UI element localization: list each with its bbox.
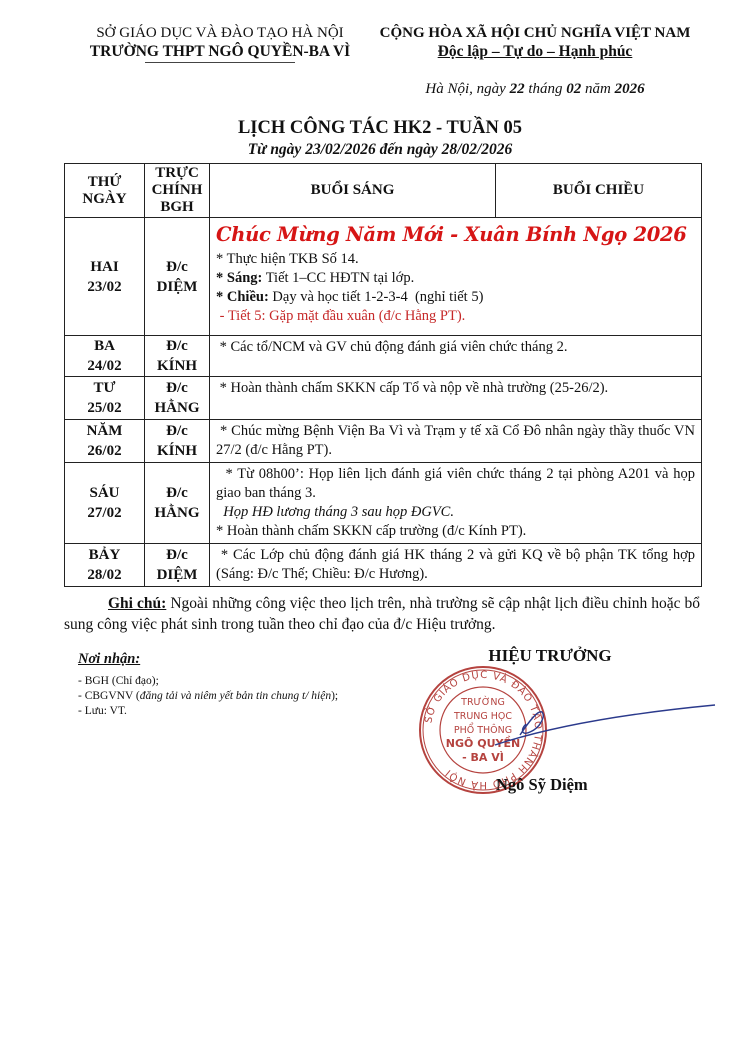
day-cell: BẢY28/02 — [65, 544, 145, 587]
dateline-year-label: năm — [581, 81, 614, 97]
header-afternoon: BUỔI CHIỀU — [496, 164, 702, 218]
header-duty: TRỰCCHÍNHBGH — [145, 164, 210, 218]
dateline-day: 22 — [510, 81, 525, 97]
date: 25/02 — [65, 398, 144, 418]
activity-cell: * Từ 08h00’: Họp liên lịch đánh giá viên… — [210, 463, 702, 544]
signature-scribble-icon — [460, 690, 720, 770]
date: 24/02 — [65, 356, 144, 376]
activity-line: * Từ 08h00’: Họp liên lịch đánh giá viên… — [216, 465, 695, 503]
national-header: CỘNG HÒA XÃ HỘI CHỦ NGHĨA VIỆT NAM Độc l… — [362, 24, 708, 62]
recipient-item: - BGH (Chỉ đạo); — [78, 674, 398, 689]
activity-line: * Thực hiện TKB Số 14. — [216, 250, 695, 269]
recipient-item: - Lưu: VT. — [78, 704, 398, 719]
weekday: NĂM — [65, 421, 144, 441]
weekday: TƯ — [65, 378, 144, 398]
activity-line: * Hoàn thành chấm SKKN cấp Tổ và nộp về … — [216, 379, 695, 398]
duty-cell: Đ/cKÍNH — [145, 420, 210, 463]
activity-line: * Hoàn thành chấm SKKN cấp trường (đ/c K… — [216, 522, 695, 541]
date: 23/02 — [65, 277, 144, 297]
document-subtitle: Từ ngày 23/02/2026 đến ngày 28/02/2026 — [200, 140, 560, 160]
dateline-prefix: Hà Nội, ngày — [425, 81, 509, 97]
recipients: Nơi nhận: - BGH (Chỉ đạo);- CBGVNV (đăng… — [78, 651, 398, 719]
document-title: LỊCH CÔNG TÁC HK2 - TUẦN 05 — [200, 117, 560, 139]
activity-cell: Chúc Mừng Năm Mới - Xuân Bính Ngọ 2026* … — [210, 218, 702, 336]
header-duty-line1: TRỰC — [155, 165, 199, 181]
weekday: BA — [65, 336, 144, 356]
duty-cell: Đ/cDIỆM — [145, 544, 210, 587]
school-name: TRƯỜNG THPT NGÔ QUYỀN-BA VÌ — [60, 42, 380, 61]
dateline-month: 02 — [566, 81, 581, 97]
table-row: HAI23/02Đ/cDIỆMChúc Mừng Năm Mới - Xuân … — [65, 218, 702, 336]
activity-line: * Sáng: Tiết 1–CC HĐTN tại lớp. — [216, 269, 695, 288]
duty-prefix: Đ/c — [145, 336, 209, 356]
duty-cell: Đ/cHẰNG — [145, 463, 210, 544]
activity-cell: * Chúc mừng Bệnh Viện Ba Vì và Trạm y tế… — [210, 420, 702, 463]
national-motto: Độc lập – Tự do – Hạnh phúc — [362, 42, 708, 62]
note-label: Ghi chú: — [108, 595, 166, 612]
duty-name: DIỆM — [145, 565, 209, 585]
table-row: BA24/02Đ/cKÍNH * Các tổ/NCM và GV chủ độ… — [65, 336, 702, 377]
activity-label: * Sáng: — [216, 270, 262, 286]
table-row: NĂM26/02Đ/cKÍNH * Chúc mừng Bệnh Viện Ba… — [65, 420, 702, 463]
note: Ghi chú: Ngoài những công việc theo lịch… — [64, 593, 700, 635]
date: 27/02 — [65, 503, 144, 523]
new-year-greeting: Chúc Mừng Năm Mới - Xuân Bính Ngọ 2026 — [216, 220, 695, 250]
dateline: Hà Nội, ngày 22 tháng 02 năm 2026 — [360, 81, 710, 98]
weekday: BẢY — [65, 545, 144, 565]
activity-line: - Tiết 5: Gặp mặt đầu xuân (đ/c Hằng PT)… — [216, 307, 695, 326]
recipient-item: - CBGVNV (đăng tải và niêm yết bản tin c… — [78, 689, 398, 704]
duty-name: KÍNH — [145, 441, 209, 461]
duty-cell: Đ/cKÍNH — [145, 336, 210, 377]
header-day-line2: NGÀY — [82, 191, 126, 207]
day-cell: NĂM26/02 — [65, 420, 145, 463]
issuer-header: SỞ GIÁO DỤC VÀ ĐÀO TẠO HÀ NỘI TRƯỜNG THP… — [60, 24, 380, 63]
recipients-title: Nơi nhận: — [78, 651, 398, 668]
header-day-line1: THỨ — [88, 174, 122, 190]
duty-cell: Đ/cDIỆM — [145, 218, 210, 336]
header-rule — [145, 62, 295, 63]
duty-cell: Đ/cHẰNG — [145, 377, 210, 420]
table-row: TƯ25/02Đ/cHẰNG * Hoàn thành chấm SKKN cấ… — [65, 377, 702, 420]
day-cell: TƯ25/02 — [65, 377, 145, 420]
duty-name: HẰNG — [145, 503, 209, 523]
header-duty-line2: CHÍNH — [152, 182, 203, 198]
activity-line: * Các tổ/NCM và GV chủ động đánh giá viê… — [216, 338, 695, 357]
activity-line: * Chiều: Dạy và học tiết 1-2-3-4 (nghỉ t… — [216, 288, 695, 307]
duty-name: DIỆM — [145, 277, 209, 297]
day-cell: HAI23/02 — [65, 218, 145, 336]
dateline-year: 2026 — [615, 81, 645, 97]
activity-line: Họp HĐ lương tháng 3 sau họp ĐGVC. — [216, 503, 695, 522]
signature-title: HIỆU TRƯỞNG — [440, 646, 660, 666]
department-name: SỞ GIÁO DỤC VÀ ĐÀO TẠO HÀ NỘI — [60, 24, 380, 42]
nation-name: CỘNG HÒA XÃ HỘI CHỦ NGHĨA VIỆT NAM — [362, 24, 708, 42]
header-duty-line3: BGH — [160, 199, 193, 215]
duty-prefix: Đ/c — [145, 545, 209, 565]
date: 26/02 — [65, 441, 144, 461]
activity-cell: * Hoàn thành chấm SKKN cấp Tổ và nộp về … — [210, 377, 702, 420]
schedule-table: THỨNGÀY TRỰCCHÍNHBGH BUỔI SÁNG BUỔI CHIỀ… — [64, 163, 702, 587]
duty-prefix: Đ/c — [145, 378, 209, 398]
table-header-row: THỨNGÀY TRỰCCHÍNHBGH BUỔI SÁNG BUỔI CHIỀ… — [65, 164, 702, 218]
activity-line: * Chúc mừng Bệnh Viện Ba Vì và Trạm y tế… — [216, 422, 695, 460]
activity-label: * Chiều: — [216, 289, 269, 305]
date: 28/02 — [65, 565, 144, 585]
duty-prefix: Đ/c — [145, 421, 209, 441]
table-row: SÁU27/02Đ/cHẰNG * Từ 08h00’: Họp liên lị… — [65, 463, 702, 544]
duty-prefix: Đ/c — [145, 257, 209, 277]
header-morning: BUỔI SÁNG — [210, 164, 496, 218]
signer-name: Ngô Sỹ Diệm — [496, 775, 588, 795]
weekday: SÁU — [65, 483, 144, 503]
duty-name: HẰNG — [145, 398, 209, 418]
duty-prefix: Đ/c — [145, 483, 209, 503]
day-cell: SÁU27/02 — [65, 463, 145, 544]
activity-cell: * Các Lớp chủ động đánh giá HK tháng 2 v… — [210, 544, 702, 587]
weekday: HAI — [65, 257, 144, 277]
activity-line: * Các Lớp chủ động đánh giá HK tháng 2 v… — [216, 546, 695, 584]
day-cell: BA24/02 — [65, 336, 145, 377]
dateline-month-label: tháng — [525, 81, 567, 97]
header-day: THỨNGÀY — [65, 164, 145, 218]
duty-name: KÍNH — [145, 356, 209, 376]
table-row: BẢY28/02Đ/cDIỆM * Các Lớp chủ động đánh … — [65, 544, 702, 587]
activity-cell: * Các tổ/NCM và GV chủ động đánh giá viê… — [210, 336, 702, 377]
